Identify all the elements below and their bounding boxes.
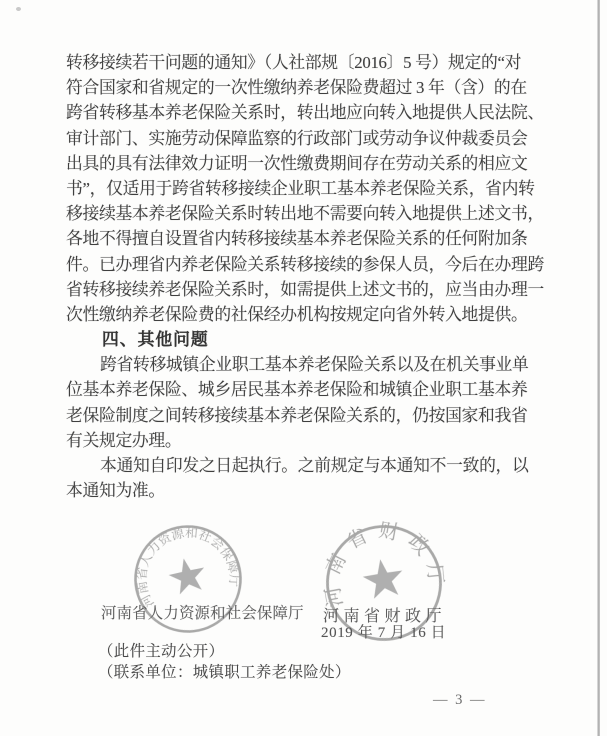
body-line: 各地不得擅自设置省内转移接续基本养老保险关系的任何附加条 [66, 226, 558, 251]
body-line: 本通知为准。 [66, 478, 558, 503]
body-line: 转移接续若干问题的通知》（人社部规〔2016〕5 号）规定的“对 [66, 50, 558, 75]
body-line: 省转移接续养老保险关系时，如需提供上述文书的，应当由办理一 [66, 277, 558, 302]
star-icon [166, 555, 209, 596]
body-line: 位基本养老保险、城乡居民基本养老保险和城镇企业职工基本养 [66, 377, 558, 402]
body-line: 跨省转移基本养老保险关系时，转出地应向转入地提供人民法院、 [66, 100, 558, 125]
footer-notes: （此件主动公开） （联系单位：城镇职工养老保险处） [98, 642, 351, 683]
body-line: 本通知自印发之日起执行。之前规定与本通知不一致的，以 [66, 453, 558, 478]
page-number: — 3 — [433, 692, 487, 709]
section-heading: 四、其他问题 [66, 327, 558, 352]
body-line: 书”，仅适用于跨省转移接续企业职工基本养老保险关系，省内转 [66, 176, 558, 201]
scanned-document-page: 转移接续若干问题的通知》（人社部规〔2016〕5 号）规定的“对 符合国家和省规… [0, 0, 607, 736]
body-line: 移接续基本养老保险关系时转出地不需要向转入地提供上述文书， [66, 201, 558, 226]
body-line: 审计部门、实施劳动保障监察的行政部门或劳动争议仲裁委员会 [66, 126, 558, 151]
body-line: 次性缴纳养老保险费的社保经办机构按规定向省外转入地提供。 [66, 302, 558, 327]
signature-org-left: 河南省人力资源和社会保障厅 [101, 601, 304, 623]
scan-speck [16, 7, 21, 11]
star-icon [360, 556, 405, 600]
document-body: 转移接续若干问题的通知》（人社部规〔2016〕5 号）规定的“对 符合国家和省规… [66, 50, 558, 503]
contact-note: （联系单位：城镇职工养老保险处） [98, 663, 351, 684]
signature-date: 2019 年 7 月 16 日 [321, 621, 446, 642]
body-line: 件。已办理省内养老保险关系转移接续的参保人员，今后在办理跨 [66, 252, 558, 277]
body-line: 跨省转移城镇企业职工基本养老保险关系以及在机关事业单 [66, 352, 558, 377]
body-line: 符合国家和省规定的一次性缴纳养老保险费超过 3 年（含）的在 [66, 75, 558, 100]
hrss-department-seal-icon: 河南省人力资源和社会保障厅 [110, 501, 267, 658]
body-line: 有关规定办理。 [66, 428, 558, 453]
body-line: 出具的具有法律效力证明一次性缴费期间存在劳动关系的相应文 [66, 151, 558, 176]
disclosure-note: （此件主动公开） [98, 642, 351, 663]
scan-edge-line [597, 0, 600, 736]
body-line: 老保险制度之间转移接续基本养老保险关系的，仍按国家和我省 [66, 403, 558, 428]
